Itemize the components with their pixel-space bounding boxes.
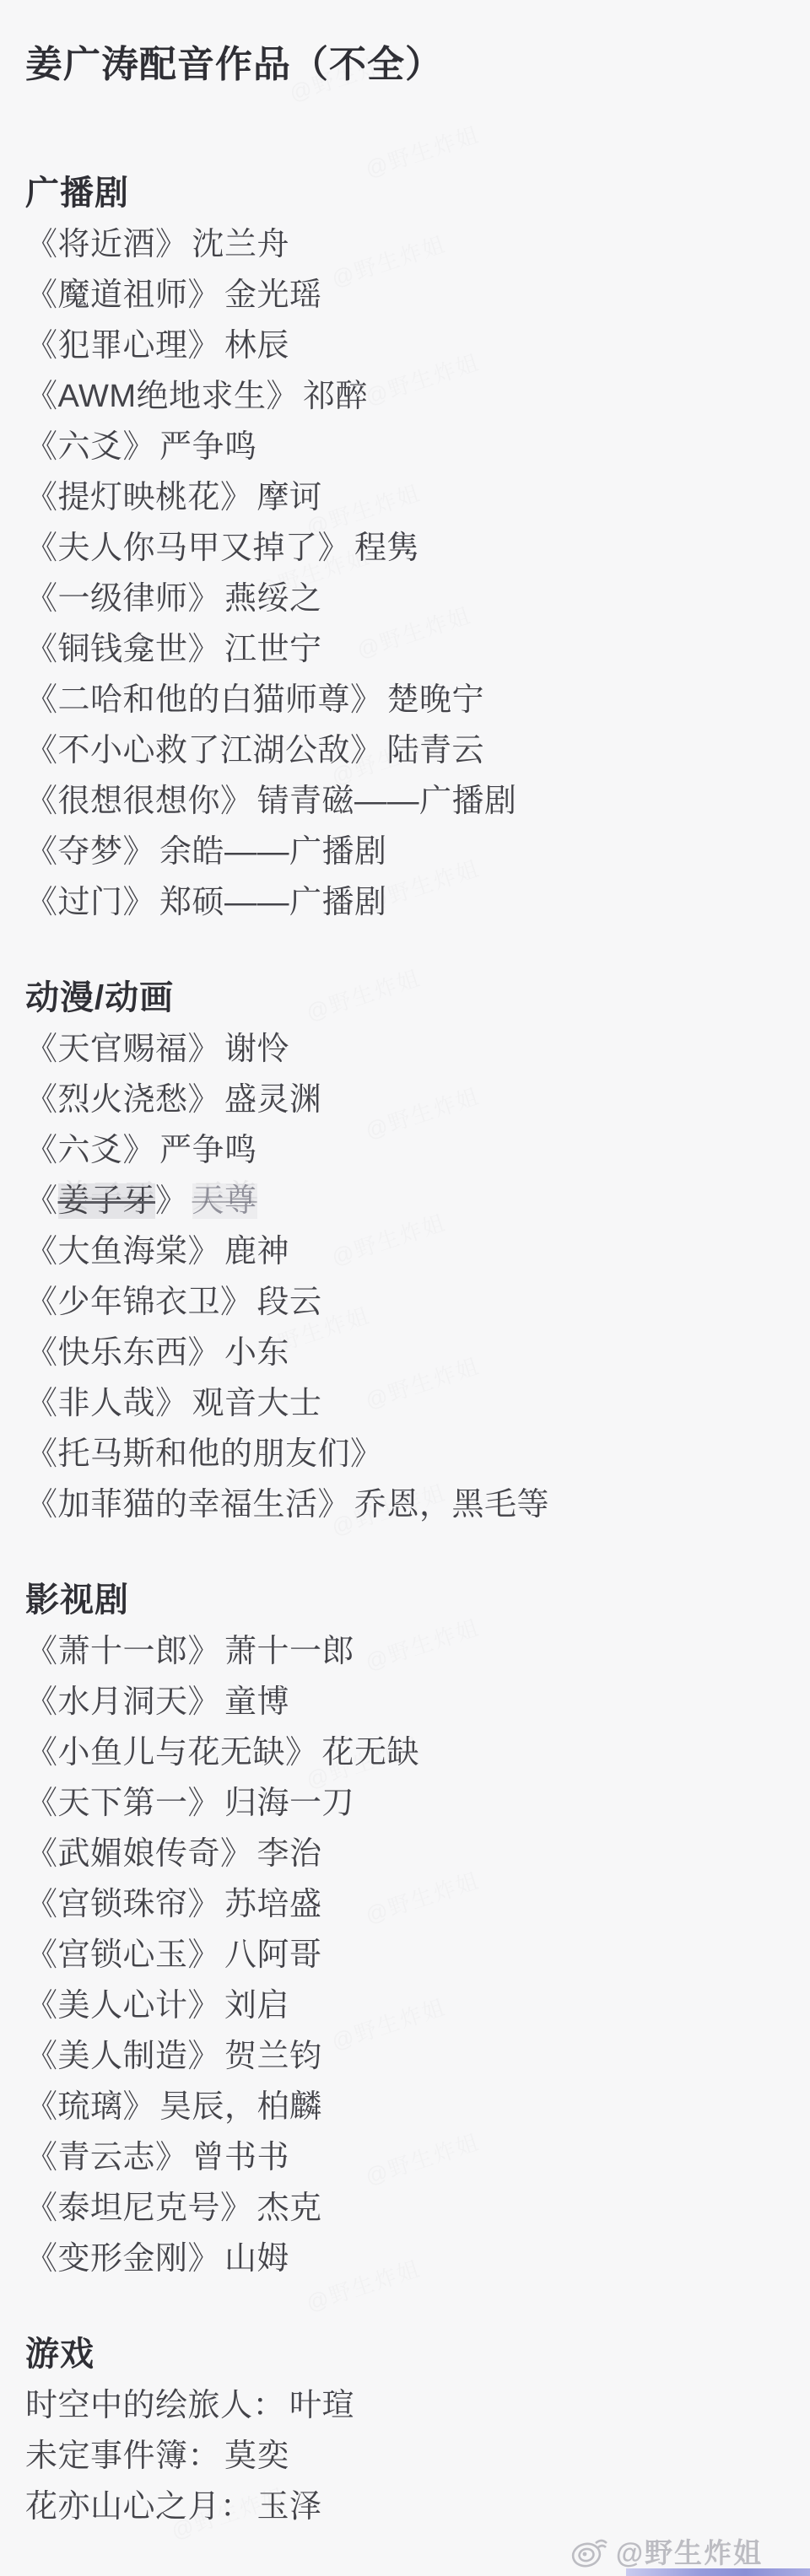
open-bracket: 《	[25, 733, 58, 768]
work-title: 小鱼儿与花无缺	[58, 1735, 286, 1770]
role-name: 童博	[224, 1684, 289, 1720]
work-item: 《宫锁珠帘》苏培盛	[25, 1879, 785, 1930]
close-bracket: 》	[188, 1082, 221, 1118]
work-item: 《青云志》曾书书	[25, 2132, 785, 2183]
role-name: 摩诃	[257, 480, 322, 515]
work-item: 《天下第一》归海一刀	[25, 1778, 785, 1829]
work-title: 一级律师	[58, 581, 188, 617]
open-bracket: 《	[25, 379, 58, 414]
close-bracket: 》	[220, 1285, 253, 1320]
work-title: 宫锁珠帘	[58, 1887, 188, 1922]
close-bracket: 》	[155, 1183, 188, 1219]
open-bracket: 《	[25, 1988, 58, 2024]
work-title: 美人心计	[58, 1988, 188, 2024]
work-item: 《夺梦》余皓——广播剧	[25, 827, 785, 877]
open-bracket: 《	[25, 1937, 58, 1973]
close-bracket: 》	[123, 834, 156, 870]
close-bracket: 》	[188, 632, 221, 667]
work-title: 琉璃	[58, 2089, 123, 2125]
role-name: 八阿哥	[224, 1937, 322, 1973]
work-item: 未定事件簿：莫奕	[25, 2431, 785, 2482]
work-item: 《加菲猫的幸福生活》乔恩，黑毛等	[25, 1479, 785, 1530]
open-bracket: 《	[25, 2089, 58, 2125]
close-bracket: 》	[155, 227, 188, 262]
close-bracket: 》	[318, 1487, 351, 1522]
work-item: 《托马斯和他的朋友们》	[25, 1429, 785, 1479]
work-item: 《铜钱龛世》江世宁	[25, 624, 785, 675]
open-bracket: 《	[25, 480, 58, 515]
sections-container: 广播剧 《将近酒》沈兰舟 《魔道祖师》金光瑶 《犯罪心理》林辰 《AWM绝地求生…	[25, 167, 785, 2532]
close-bracket: 》	[188, 1937, 221, 1973]
open-bracket: 《	[25, 227, 58, 262]
close-bracket: 》	[188, 1234, 221, 1269]
role-name: 祁醉	[303, 379, 368, 414]
work-item: 《AWM绝地求生》祁醉	[25, 371, 785, 422]
role-name: 严争鸣	[159, 1133, 257, 1168]
close-bracket: 》	[188, 278, 221, 313]
open-bracket: 《	[25, 1335, 58, 1371]
open-bracket: 《	[25, 1786, 58, 1821]
work-title: 加菲猫的幸福生活	[58, 1487, 318, 1522]
work-title: 变形金刚	[58, 2241, 188, 2277]
work-item: 《二哈和他的白猫师尊》楚晚宁	[25, 675, 785, 725]
role-name: 小东	[224, 1335, 289, 1371]
work-title: 天下第一	[58, 1786, 188, 1821]
work-title: 六爻	[58, 1133, 123, 1168]
work-title: 宫锁心玉	[58, 1937, 188, 1973]
close-bracket: 》	[188, 2241, 221, 2277]
close-bracket: 》	[220, 480, 253, 515]
section-header: 影视剧	[25, 1574, 785, 1626]
work-item: 《犯罪心理》林辰	[25, 321, 785, 371]
work-title: 时空中的绘旅人	[25, 2388, 253, 2423]
close-bracket: 》	[188, 1684, 221, 1720]
open-bracket: 《	[25, 1133, 58, 1168]
work-item: 《天官赐福》谢怜	[25, 1024, 785, 1075]
role-name: 归海一刀	[224, 1786, 354, 1821]
role-name: 李治	[257, 1836, 322, 1872]
work-item: 《快乐东西》小东	[25, 1328, 785, 1378]
role-name: 叶瑄	[289, 2388, 354, 2423]
close-bracket: 》	[266, 379, 299, 414]
close-bracket: 》	[220, 784, 253, 819]
work-title: 铜钱龛世	[58, 632, 188, 667]
close-bracket: 》	[188, 2039, 221, 2074]
work-item: 《武媚娘传奇》李治	[25, 1829, 785, 1879]
work-title: 武媚娘传奇	[58, 1836, 221, 1872]
close-bracket: ：	[253, 2388, 286, 2423]
work-item: 《夫人你马甲又掉了》程隽	[25, 523, 785, 574]
works-section: 动漫/动画 《天官赐福》谢怜 《烈火浇愁》盛灵渊 《六爻》严争鸣 《姜子牙》天尊…	[25, 972, 785, 1530]
work-title: 姜子牙	[58, 1183, 156, 1219]
work-title: 未定事件簿	[25, 2439, 188, 2474]
open-bracket: 《	[25, 328, 58, 364]
close-bracket: 》	[318, 531, 351, 566]
role-name: 花无缺	[322, 1735, 420, 1770]
work-item: 《萧十一郎》萧十一郎	[25, 1626, 785, 1677]
works-section: 游戏 时空中的绘旅人：叶瑄 未定事件簿：莫奕 花亦山心之月：玉泽	[25, 2328, 785, 2532]
open-bracket: 《	[25, 1082, 58, 1118]
work-title: 六爻	[58, 429, 123, 465]
open-bracket: 《	[25, 1684, 58, 1720]
role-name: 玉泽	[257, 2489, 322, 2525]
role-name: 段云	[257, 1285, 322, 1320]
work-item: 《非人哉》观音大士	[25, 1378, 785, 1429]
role-name: 刘启	[224, 1988, 289, 2024]
work-title: 很想很想你	[58, 784, 221, 819]
work-item: 时空中的绘旅人：叶瑄	[25, 2380, 785, 2431]
page-title: 姜广涛配音作品（不全）	[25, 37, 785, 93]
role-name: 鹿神	[224, 1234, 289, 1269]
close-bracket: 》	[188, 1335, 221, 1371]
open-bracket: 《	[25, 2241, 58, 2277]
close-bracket: 》	[123, 429, 156, 465]
close-bracket: 》	[350, 733, 383, 768]
work-item: 花亦山心之月：玉泽	[25, 2482, 785, 2532]
weibo-logo-icon	[570, 2535, 609, 2568]
role-name: 萧十一郎	[224, 1634, 354, 1669]
voice-works-page: 姜广涛配音作品（不全） 广播剧 《将近酒》沈兰舟 《魔道祖师》金光瑶 《犯罪心理…	[0, 0, 810, 2576]
work-title: 不小心救了江湖公敌	[58, 733, 351, 768]
role-name: 观音大士	[192, 1386, 322, 1421]
author-watermark: @野生炸姐	[570, 2531, 763, 2571]
open-bracket: 《	[25, 1487, 58, 1522]
open-bracket: 《	[25, 682, 58, 718]
work-title: 夺梦	[58, 834, 123, 870]
work-title: 青云志	[58, 2140, 156, 2175]
work-title: 犯罪心理	[58, 328, 188, 364]
role-name: 天尊	[192, 1183, 257, 1219]
work-item: 《小鱼儿与花无缺》花无缺	[25, 1727, 785, 1778]
close-bracket: 》	[123, 1133, 156, 1168]
work-item: 《魔道祖师》金光瑶	[25, 270, 785, 321]
close-bracket: 》	[188, 1634, 221, 1669]
role-name: 沈兰舟	[192, 227, 290, 262]
open-bracket: 《	[25, 1285, 58, 1320]
role-name: 严争鸣	[159, 429, 257, 465]
open-bracket: 《	[25, 1887, 58, 1922]
close-bracket: 》	[350, 682, 383, 718]
open-bracket: 《	[25, 2039, 58, 2074]
open-bracket: 《	[25, 834, 58, 870]
work-title: 烈火浇愁	[58, 1082, 188, 1118]
role-name: 苏培盛	[224, 1887, 322, 1922]
work-item: 《过门》郑硕——广播剧	[25, 877, 785, 928]
works-list: 《将近酒》沈兰舟 《魔道祖师》金光瑶 《犯罪心理》林辰 《AWM绝地求生》祁醉 …	[25, 219, 785, 928]
close-bracket: 》	[188, 328, 221, 364]
close-bracket: 》	[155, 1386, 188, 1421]
open-bracket: 《	[25, 1183, 58, 1219]
section-header: 游戏	[25, 2328, 785, 2380]
work-title: 萧十一郎	[58, 1634, 188, 1669]
close-bracket: 》	[188, 1032, 221, 1067]
role-name: 贺兰钧	[224, 2039, 322, 2074]
open-bracket: 《	[25, 278, 58, 313]
open-bracket: 《	[25, 784, 58, 819]
role-name: 谢怜	[224, 1032, 289, 1067]
works-list: 时空中的绘旅人：叶瑄 未定事件簿：莫奕 花亦山心之月：玉泽	[25, 2380, 785, 2532]
close-bracket: 》	[285, 1735, 318, 1770]
work-item: 《大鱼海棠》鹿神	[25, 1226, 785, 1277]
bottom-accent-bar	[626, 2568, 810, 2576]
work-title: 二哈和他的白猫师尊	[58, 682, 351, 718]
work-item: 《六爻》严争鸣	[25, 422, 785, 472]
work-title: 托马斯和他的朋友们	[58, 1436, 351, 1472]
watermark-handle: @野生炸姐	[616, 2531, 763, 2571]
work-item: 《将近酒》沈兰舟	[25, 219, 785, 270]
open-bracket: 《	[25, 2191, 58, 2226]
works-section: 广播剧 《将近酒》沈兰舟 《魔道祖师》金光瑶 《犯罪心理》林辰 《AWM绝地求生…	[25, 167, 785, 928]
role-name: 莫奕	[224, 2439, 289, 2474]
work-item: 《琉璃》昊辰，柏麟	[25, 2082, 785, 2132]
close-bracket: 》	[220, 2191, 253, 2226]
close-bracket: 》	[188, 1786, 221, 1821]
work-title: 非人哉	[58, 1386, 156, 1421]
work-item: 《变形金刚》山姆	[25, 2234, 785, 2284]
work-item: 《美人制造》贺兰钧	[25, 2031, 785, 2082]
works-list: 《萧十一郎》萧十一郎 《水月洞天》童博 《小鱼儿与花无缺》花无缺 《天下第一》归…	[25, 1626, 785, 2284]
work-item: 《宫锁心玉》八阿哥	[25, 1930, 785, 1981]
close-bracket: 》	[188, 581, 221, 617]
close-bracket: 》	[188, 1887, 221, 1922]
section-header: 广播剧	[25, 167, 785, 219]
open-bracket: 《	[25, 1032, 58, 1067]
work-title: 泰坦尼克号	[58, 2191, 221, 2226]
work-item: 《不小心救了江湖公敌》陆青云	[25, 725, 785, 776]
works-section: 影视剧 《萧十一郎》萧十一郎 《水月洞天》童博 《小鱼儿与花无缺》花无缺 《天下…	[25, 1574, 785, 2284]
open-bracket: 《	[25, 885, 58, 920]
work-title: 魔道祖师	[58, 278, 188, 313]
open-bracket: 《	[25, 531, 58, 566]
open-bracket: 《	[25, 632, 58, 667]
work-item: 《美人心计》刘启	[25, 1981, 785, 2031]
open-bracket: 《	[25, 2140, 58, 2175]
work-title: 提灯映桃花	[58, 480, 221, 515]
work-title: 过门	[58, 885, 123, 920]
role-name: 曾书书	[192, 2140, 290, 2175]
work-item: 《姜子牙》天尊	[25, 1176, 785, 1226]
work-title: 美人制造	[58, 2039, 188, 2074]
role-name: 郑硕——广播剧	[159, 885, 387, 920]
work-item: 《烈火浇愁》盛灵渊	[25, 1075, 785, 1125]
role-name: 山姆	[224, 2241, 289, 2277]
work-title: AWM绝地求生	[58, 379, 267, 414]
close-bracket: 》	[155, 2140, 188, 2175]
work-item: 《六爻》严争鸣	[25, 1125, 785, 1176]
close-bracket: 》	[350, 1436, 383, 1472]
work-title: 夫人你马甲又掉了	[58, 531, 318, 566]
close-bracket: ：	[188, 2439, 221, 2474]
work-title: 花亦山心之月	[25, 2489, 220, 2525]
work-title: 快乐东西	[58, 1335, 188, 1371]
work-item: 《少年锦衣卫》段云	[25, 1277, 785, 1328]
open-bracket: 《	[25, 581, 58, 617]
role-name: 昊辰，柏麟	[159, 2089, 322, 2125]
role-name: 盛灵渊	[224, 1082, 322, 1118]
role-name: 锖青磁——广播剧	[257, 784, 517, 819]
works-list: 《天官赐福》谢怜 《烈火浇愁》盛灵渊 《六爻》严争鸣 《姜子牙》天尊 《大鱼海棠…	[25, 1024, 785, 1530]
role-name: 余皓——广播剧	[159, 834, 387, 870]
work-item: 《很想很想你》锖青磁——广播剧	[25, 776, 785, 827]
work-item: 《一级律师》燕绥之	[25, 574, 785, 624]
work-item: 《提灯映桃花》摩诃	[25, 472, 785, 523]
role-name: 程隽	[354, 531, 419, 566]
work-title: 将近酒	[58, 227, 156, 262]
role-name: 林辰	[224, 328, 289, 364]
open-bracket: 《	[25, 1836, 58, 1872]
work-item: 《水月洞天》童博	[25, 1677, 785, 1727]
work-title: 少年锦衣卫	[58, 1285, 221, 1320]
role-name: 燕绥之	[224, 581, 322, 617]
open-bracket: 《	[25, 1735, 58, 1770]
work-title: 天官赐福	[58, 1032, 188, 1067]
close-bracket: 》	[123, 885, 156, 920]
close-bracket: ：	[220, 2489, 253, 2525]
close-bracket: 》	[123, 2089, 156, 2125]
work-title: 大鱼海棠	[58, 1234, 188, 1269]
work-item: 《泰坦尼克号》杰克	[25, 2183, 785, 2234]
role-name: 金光瑶	[224, 278, 322, 313]
role-name: 江世宁	[224, 632, 322, 667]
role-name: 陆青云	[387, 733, 485, 768]
close-bracket: 》	[188, 1988, 221, 2024]
section-header: 动漫/动画	[25, 972, 785, 1024]
role-name: 乔恩，黑毛等	[354, 1487, 549, 1522]
role-name: 楚晚宁	[387, 682, 485, 718]
work-title: 水月洞天	[58, 1684, 188, 1720]
open-bracket: 《	[25, 429, 58, 465]
open-bracket: 《	[25, 1436, 58, 1472]
close-bracket: 》	[220, 1836, 253, 1872]
open-bracket: 《	[25, 1234, 58, 1269]
open-bracket: 《	[25, 1634, 58, 1669]
role-name: 杰克	[257, 2191, 322, 2226]
open-bracket: 《	[25, 1386, 58, 1421]
